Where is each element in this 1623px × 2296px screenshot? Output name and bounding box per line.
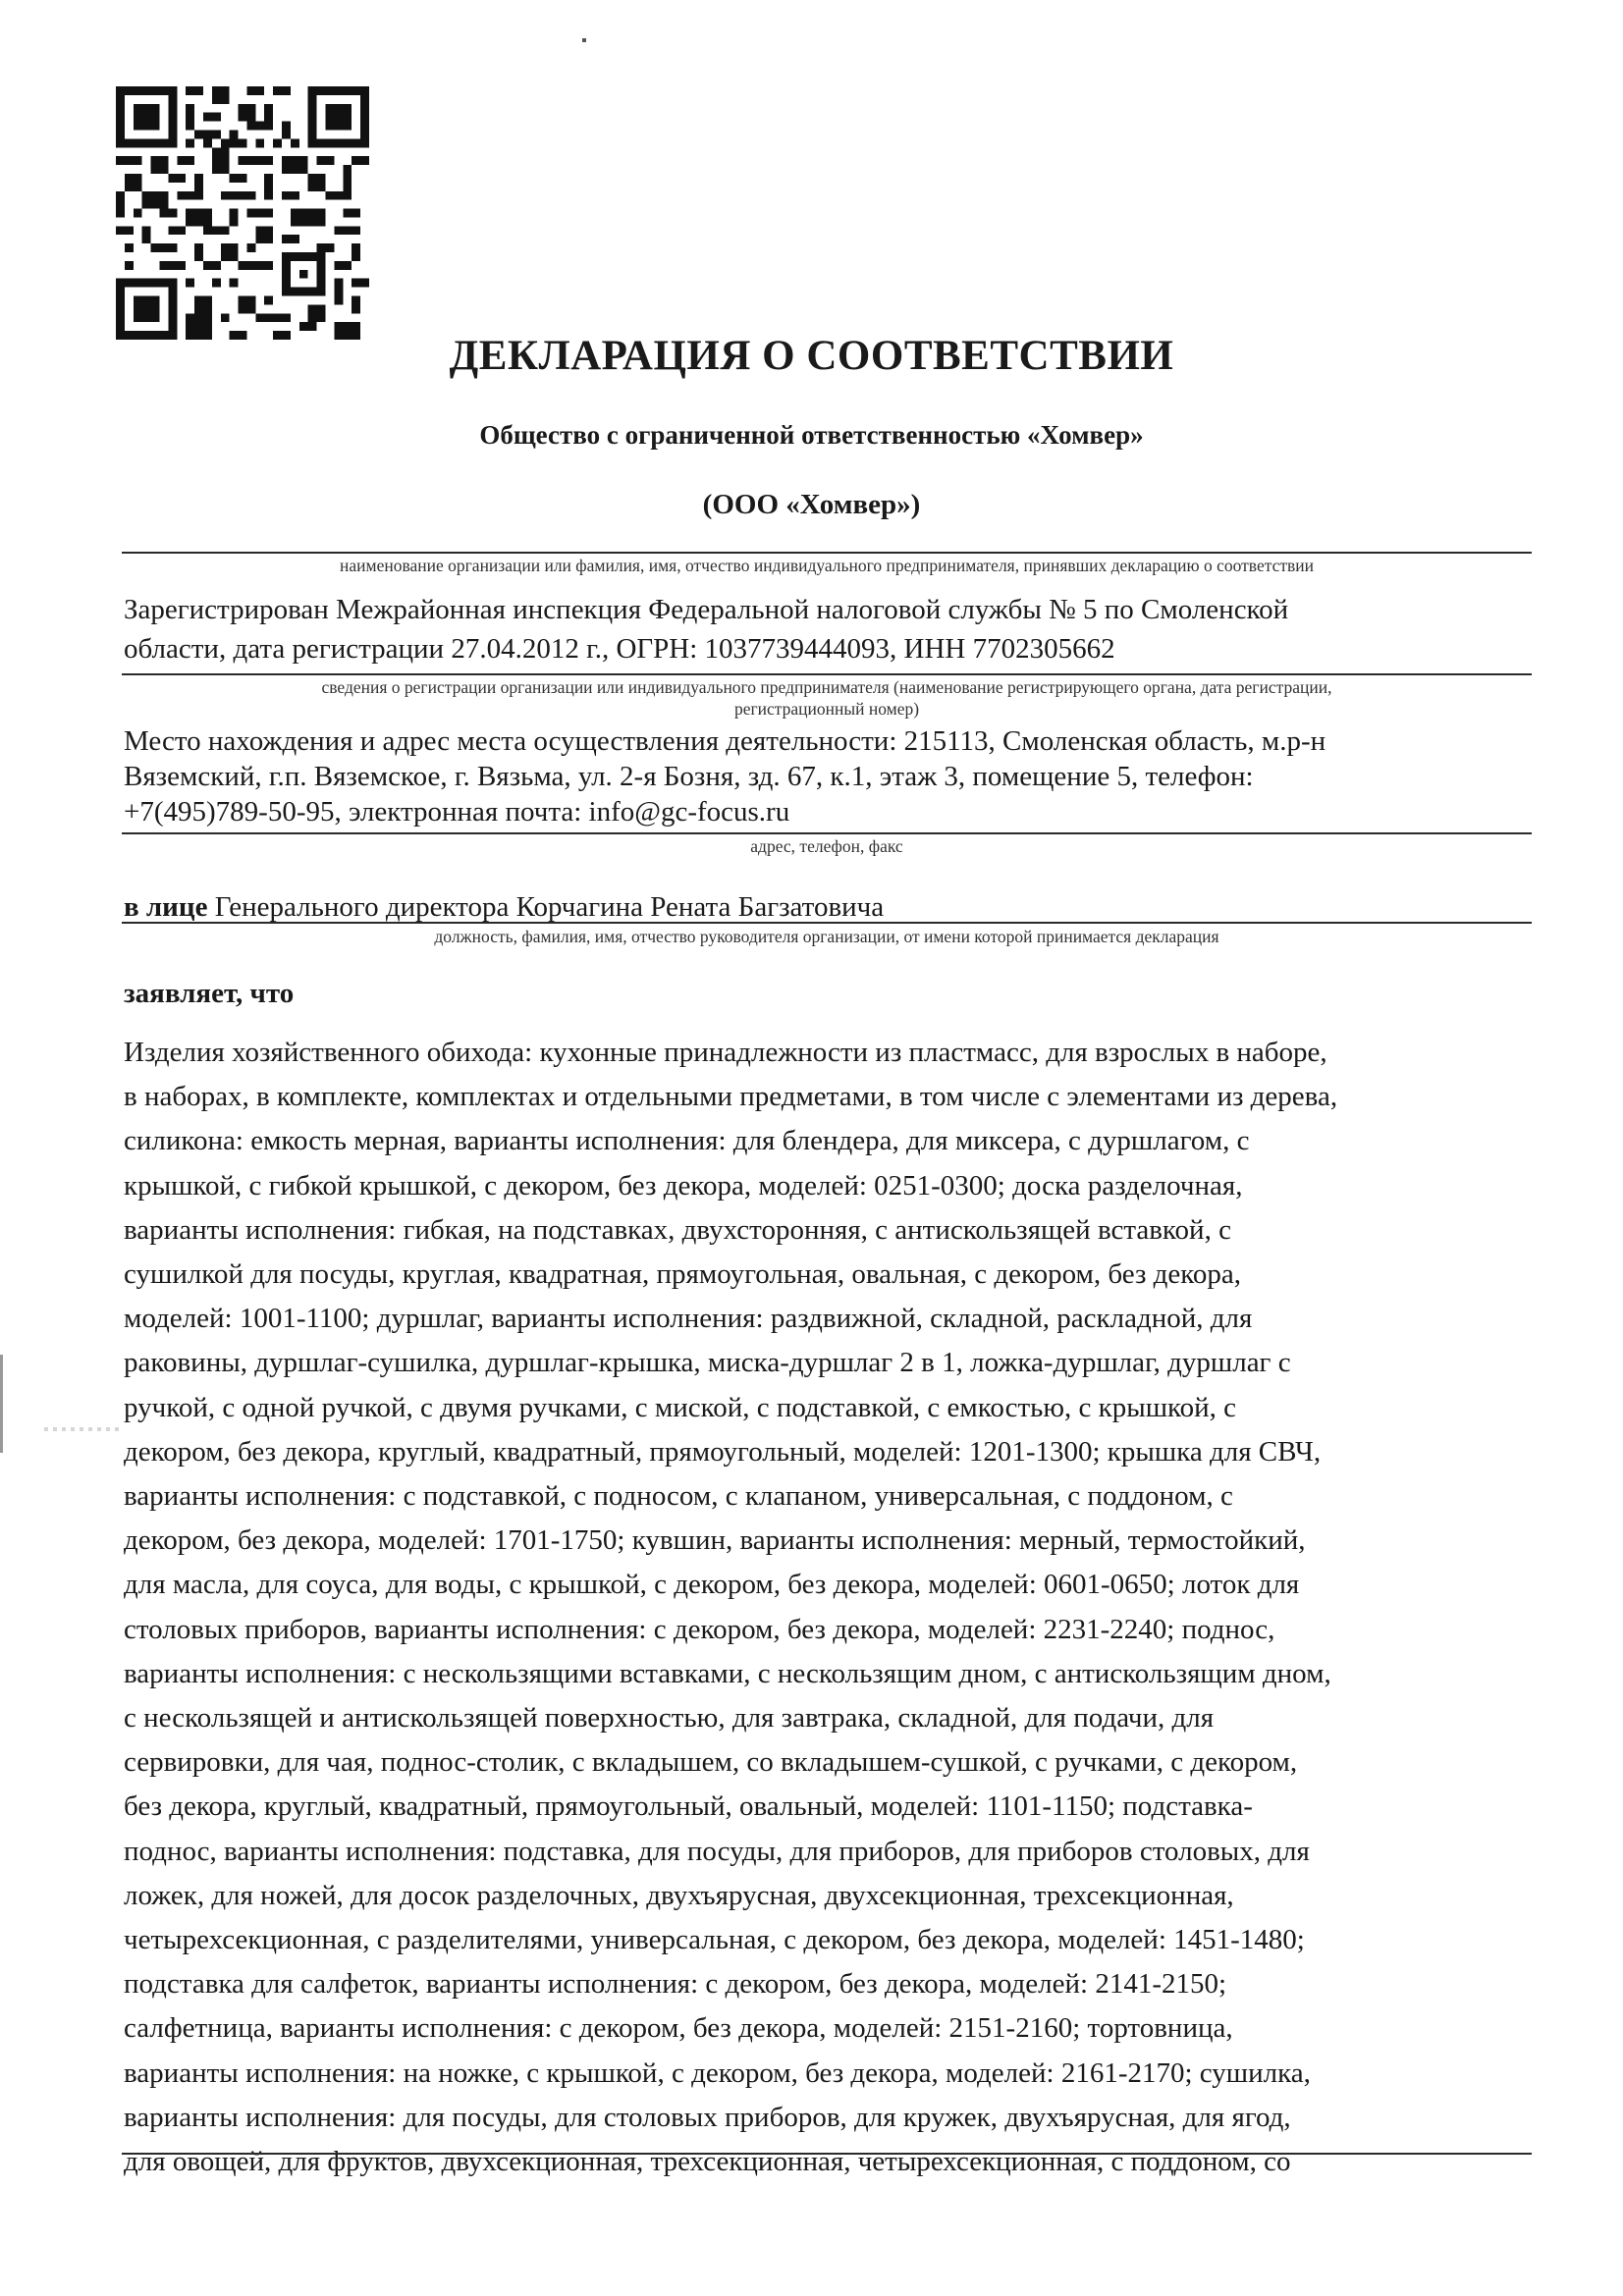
product-line: варианты исполнения: на ножке, с крышкой… [124,2052,1538,2096]
scan-edge [0,1355,3,1453]
registration-line: области, дата регистрации 27.04.2012 г.,… [124,629,1538,668]
product-line: варианты исполнения: с нескользящими вст… [124,1652,1538,1696]
product-line: сервировки, для чая, поднос-столик, с вк… [124,1740,1538,1785]
divider [122,2153,1532,2155]
product-line: раковины, дуршлаг-сушилка, дуршлаг-крышк… [124,1341,1538,1385]
caption-registration: регистрационный номер) [122,699,1532,720]
registration-info: Зарегистрирован Межрайонная инспекция Фе… [124,590,1538,668]
product-line: поднос, варианты исполнения: подставка, … [124,1830,1538,1874]
registration-line: Зарегистрирован Межрайонная инспекция Фе… [124,590,1538,629]
product-line: декором, без декора, круглый, квадратный… [124,1430,1538,1474]
scan-mark [44,1427,123,1431]
representative-prefix: в лице [124,891,207,923]
product-line: крышкой, с гибкой крышкой, с декором, бе… [124,1164,1538,1208]
divider [122,922,1532,924]
caption-organization: наименование организации или фамилия, им… [122,556,1532,576]
product-line: варианты исполнения: гибкая, на подставк… [124,1208,1538,1253]
address-line: Место нахождения и адрес места осуществл… [124,723,1538,759]
declares-heading: заявляет, что [124,972,1538,1016]
product-line: сушилкой для посуды, круглая, квадратная… [124,1253,1538,1297]
product-line: столовых приборов, варианты исполнения: … [124,1608,1538,1652]
product-line: с нескользящей и антискользящей поверхно… [124,1696,1538,1740]
product-line: четырехсекционная, с разделителями, унив… [124,1918,1538,1962]
caption-representative: должность, фамилия, имя, отчество руково… [122,927,1532,947]
product-line: салфетница, варианты исполнения: с декор… [124,2006,1538,2051]
organization-full-name: Общество с ограниченной ответственностью… [0,420,1623,451]
document-title: ДЕКЛАРАЦИЯ О СООТВЕТСТВИИ [0,332,1623,380]
divider [122,832,1532,834]
product-description: Изделия хозяйственного обихода: кухонные… [124,1031,1538,2184]
product-line: для овощей, для фруктов, двухсекционная,… [124,2140,1538,2184]
product-line: варианты исполнения: с подставкой, с под… [124,1474,1538,1519]
qr-code-icon [116,86,369,340]
product-line: в наборах, в комплекте, комплектах и отд… [124,1075,1538,1119]
caption-registration: сведения о регистрации организации или и… [122,677,1532,698]
product-line: для масла, для соуса, для воды, с крышко… [124,1563,1538,1607]
product-line: варианты исполнения: для посуды, для сто… [124,2096,1538,2140]
divider [122,552,1532,554]
product-line: Изделия хозяйственного обихода: кухонные… [124,1031,1538,1075]
address-line: Вяземский, г.п. Вяземское, г. Вязьма, ул… [124,759,1538,794]
representative-name: Генерального директора Корчагина Рената … [207,891,884,923]
address-info: Место нахождения и адрес места осуществл… [124,723,1538,829]
scan-speck [582,38,586,42]
product-line: подставка для салфеток, варианты исполне… [124,1962,1538,2006]
address-line: +7(495)789-50-95, электронная почта: inf… [124,794,1538,829]
product-line: ручкой, с одной ручкой, с двумя ручками,… [124,1386,1538,1430]
product-line: моделей: 1001-1100; дуршлаг, варианты ис… [124,1297,1538,1341]
product-line: ложек, для ножей, для досок разделочных,… [124,1874,1538,1918]
product-line: декором, без декора, моделей: 1701-1750;… [124,1519,1538,1563]
caption-address: адрес, телефон, факс [122,836,1532,857]
divider [122,673,1532,675]
organization-short-name: (ООО «Хомвер») [0,489,1623,521]
product-line: без декора, круглый, квадратный, прямоуг… [124,1785,1538,1829]
product-line: силикона: емкость мерная, варианты испол… [124,1119,1538,1163]
